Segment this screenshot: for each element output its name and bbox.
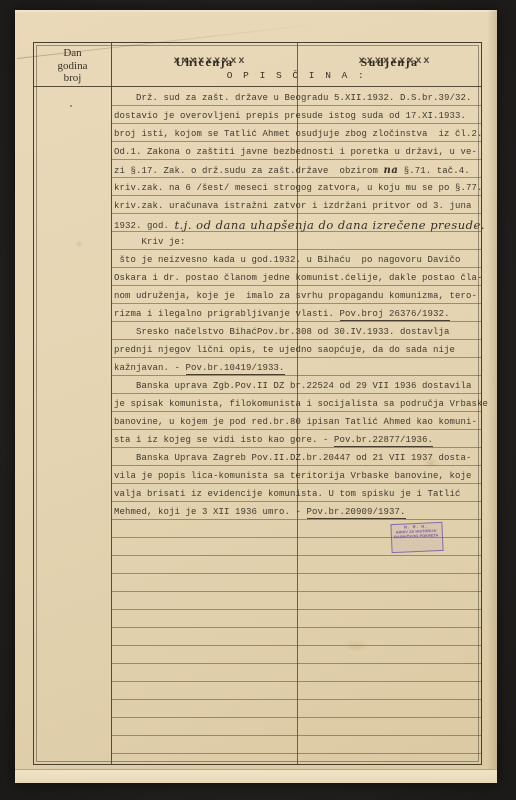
typed-line: što je neizvesno kada u god.1932. u Biha… bbox=[114, 254, 484, 267]
document-paper-sheet: Dan godina broj Uhićenja xxxxxxxxx Sudje… bbox=[15, 10, 497, 783]
typed-text: Banska Uprava Zagreb Pov.II.DZ.br.20447 … bbox=[114, 453, 472, 463]
handwritten-insertion: na bbox=[384, 165, 399, 176]
typed-text: zi §.17. Zak. o drž.sudu za zašt.države … bbox=[114, 166, 384, 176]
header-separator-line bbox=[34, 86, 481, 87]
typed-text: je spisak komunista, filokomunista i soc… bbox=[114, 399, 488, 409]
typed-text: što je neizvesno kada u god.1932. u Biha… bbox=[114, 255, 461, 265]
typed-line: prednji njegov lični opis, te ujedno sao… bbox=[114, 344, 484, 357]
underlined-reference-number: Pov.broj 26376/1932. bbox=[340, 309, 450, 321]
typed-text: 1932. god. bbox=[114, 221, 175, 231]
typed-line: kriv.zak. uračunava istražni zatvor i iz… bbox=[114, 200, 484, 213]
typed-text: Kriv je: bbox=[114, 237, 186, 247]
scanned-document-background: Dan godina broj Uhićenja xxxxxxxxx Sudje… bbox=[0, 0, 516, 800]
typed-line: Oskara i dr. postao članom jedne komunis… bbox=[114, 272, 484, 285]
typed-line: 1932. god. t.j. od dana uhapšenja do dan… bbox=[114, 218, 484, 231]
typed-line: Mehmed, koji je 3 XII 1936 umro. - Pov.b… bbox=[114, 506, 484, 519]
section-title-opis-cina: O P I S Č I N A : bbox=[112, 70, 481, 81]
record-form-table: Dan godina broj Uhićenja xxxxxxxxx Sudje… bbox=[33, 42, 482, 765]
typed-line: Kriv je: bbox=[114, 236, 484, 249]
typed-text: rizma i ilegalno prigrabljivanje vlasti. bbox=[114, 309, 340, 319]
margin-mark bbox=[70, 105, 72, 107]
typed-text: §.71. tač.4. bbox=[398, 166, 470, 176]
typed-line: Banska Uprava Zagreb Pov.II.DZ.br.20447 … bbox=[114, 452, 484, 465]
paper-edge-shadow bbox=[487, 10, 497, 783]
typed-text: Drž. sud za zašt. države u Beogradu 5.XI… bbox=[114, 93, 472, 103]
typed-line: nom udruženja, koje je imalo za svrhu pr… bbox=[114, 290, 484, 303]
typed-line: dostavio je overovljeni prepis presude i… bbox=[114, 110, 484, 123]
overstrike-x-marks: xxxxxxxxx bbox=[358, 55, 420, 67]
typed-text: kriv.zak. na 6 /šest/ meseci strogog zat… bbox=[114, 183, 483, 193]
typed-line: banovine, u kojem je pod red.br.80 ipisa… bbox=[114, 416, 484, 429]
typed-text: nom udruženja, koje je imalo za svrhu pr… bbox=[114, 291, 477, 301]
paper-top-edge bbox=[15, 10, 497, 13]
typed-line: Banska uprava Zgb.Pov.II DZ br.22524 od … bbox=[114, 380, 484, 393]
typed-line: kriv.zak. na 6 /šest/ meseci strogog zat… bbox=[114, 182, 484, 195]
paper-bottom-edge bbox=[15, 769, 497, 783]
typed-line: kažnjavan. - Pov.br.10419/1933. bbox=[114, 362, 484, 375]
typed-text: banovine, u kojem je pod red.br.80 ipisa… bbox=[114, 417, 477, 427]
struck-header-sudjenja: Sudjenja xxxxxxxxx bbox=[298, 55, 481, 70]
struck-header-uhicenja: Uhićenja xxxxxxxxx bbox=[112, 55, 297, 70]
typed-line: Od.1. Zakona o zaštiti javne bezbednosti… bbox=[114, 146, 484, 159]
typed-line: Drž. sud za zašt. države u Beogradu 5.XI… bbox=[114, 92, 484, 105]
typed-text: dostavio je overovljeni prepis presude i… bbox=[114, 111, 466, 121]
underlined-reference-number: Pov.br.10419/1933. bbox=[186, 363, 285, 375]
typed-text: Sresko načelstvo BihaćPov.br.308 od 30.I… bbox=[114, 327, 450, 337]
typed-text: kriv.zak. uračunava istražni zatvor i iz… bbox=[114, 201, 472, 211]
typed-text: sta i iz kojeg se vidi isto kao gore. - bbox=[114, 435, 334, 445]
typed-text: Mehmed, koji je 3 XII 1936 umro. - bbox=[114, 507, 307, 517]
typed-text: valja brisati iz evidencije komunista. U… bbox=[114, 489, 461, 499]
archive-ink-stamp: N. R. H. ARHIV ZA HISTORIJU RADNIČKOG PO… bbox=[390, 522, 443, 553]
typed-text: broj isti, kojom se Tatlić Ahmet osudjuj… bbox=[114, 129, 483, 139]
header-cell-dan-godina-broj: Dan godina broj bbox=[34, 47, 111, 85]
typed-line: sta i iz kojeg se vidi isto kao gore. - … bbox=[114, 434, 484, 447]
handwritten-note: t.j. od dana uhapšenja do dana izrečene … bbox=[175, 218, 485, 232]
overstrike-x-marks: xxxxxxxxx bbox=[174, 55, 236, 67]
header-label-godina: godina bbox=[34, 60, 111, 73]
header-label-dan: Dan bbox=[34, 47, 111, 60]
typed-text: Od.1. Zakona o zaštiti javne bezbednosti… bbox=[114, 147, 477, 157]
header-label-broj: broj bbox=[34, 72, 111, 85]
typed-line: broj isti, kojom se Tatlić Ahmet osudjuj… bbox=[114, 128, 484, 141]
typed-text: prednji njegov lični opis, te ujedno sao… bbox=[114, 345, 455, 355]
typed-text: vila je popis lica-komunista sa teritori… bbox=[114, 471, 472, 481]
typed-text: kažnjavan. - bbox=[114, 363, 186, 373]
typed-line: je spisak komunista, filokomunista i soc… bbox=[114, 398, 484, 411]
typed-line: Sresko načelstvo BihaćPov.br.308 od 30.I… bbox=[114, 326, 484, 339]
typed-line: valja brisati iz evidencije komunista. U… bbox=[114, 488, 484, 501]
typed-text: Oskara i dr. postao članom jedne komunis… bbox=[114, 273, 483, 283]
underlined-reference-number: Pov.br.20909/1937. bbox=[307, 507, 406, 519]
typed-text: Banska uprava Zgb.Pov.II DZ br.22524 od … bbox=[114, 381, 472, 391]
underlined-reference-number: Pov.br.22877/1936. bbox=[334, 435, 433, 447]
typed-line: rizma i ilegalno prigrabljivanje vlasti.… bbox=[114, 308, 484, 321]
typed-line: vila je popis lica-komunista sa teritori… bbox=[114, 470, 484, 483]
typed-line: zi §.17. Zak. o drž.sudu za zašt.države … bbox=[114, 164, 484, 177]
